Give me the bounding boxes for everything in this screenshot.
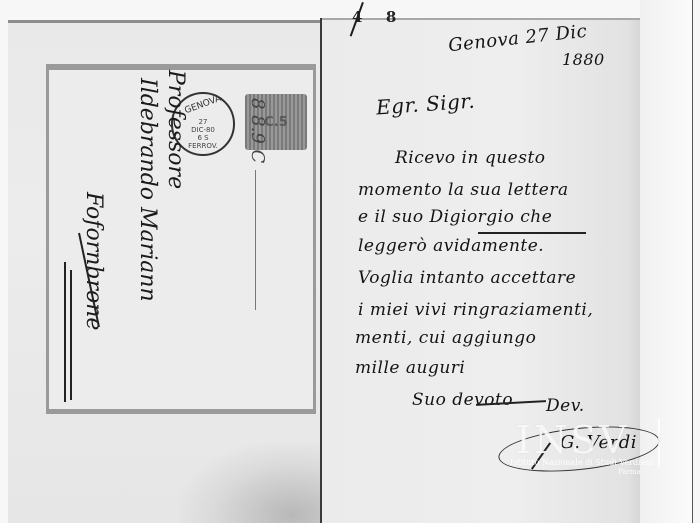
underline-title [478, 232, 586, 234]
watermark-logo: INSV [516, 418, 630, 462]
letter-year: 1880 [562, 50, 605, 69]
watermark-institution: Istituto Nazionale di Studi Verdiani [510, 458, 653, 467]
letter-line: momento la sua lettera [358, 180, 569, 200]
scanned-document: 4 8 GENOVA 27 DIC-80 6 S FERROV. C.5 Pro… [0, 0, 700, 523]
envelope-guide-line [255, 170, 256, 310]
letter-closing: Suo devoto [412, 390, 513, 410]
envelope-vertical-mark: 8 8.9 C [247, 98, 268, 163]
address-double-underline-1 [64, 262, 66, 402]
address-line-title: Professore [163, 70, 188, 189]
letter-line: leggerò avidamente. [358, 236, 544, 256]
letter-closing-right: Dev. [546, 396, 585, 416]
letter-line: Ricevo in questo [395, 148, 546, 168]
letter-line: e il suo Digiorgio che [358, 207, 552, 227]
folio-total: 8 [386, 8, 397, 26]
watermark: INSV Istituto Nazionale di Studi Verdian… [510, 418, 660, 476]
watermark-city: Parma [618, 468, 641, 476]
right-edge-line [692, 0, 693, 523]
watermark-bar [658, 418, 660, 468]
letter-line: i miei vivi ringraziamenti, [358, 300, 593, 320]
stain-mark [180, 443, 320, 523]
letter-line: mille auguri [355, 358, 465, 378]
letter-line: menti, cui aggiungo [355, 328, 536, 348]
letter-line: Voglia intanto accettare [358, 268, 576, 288]
address-double-underline-2 [70, 270, 72, 400]
address-line-name: Ildebrando Mariann [135, 78, 160, 302]
